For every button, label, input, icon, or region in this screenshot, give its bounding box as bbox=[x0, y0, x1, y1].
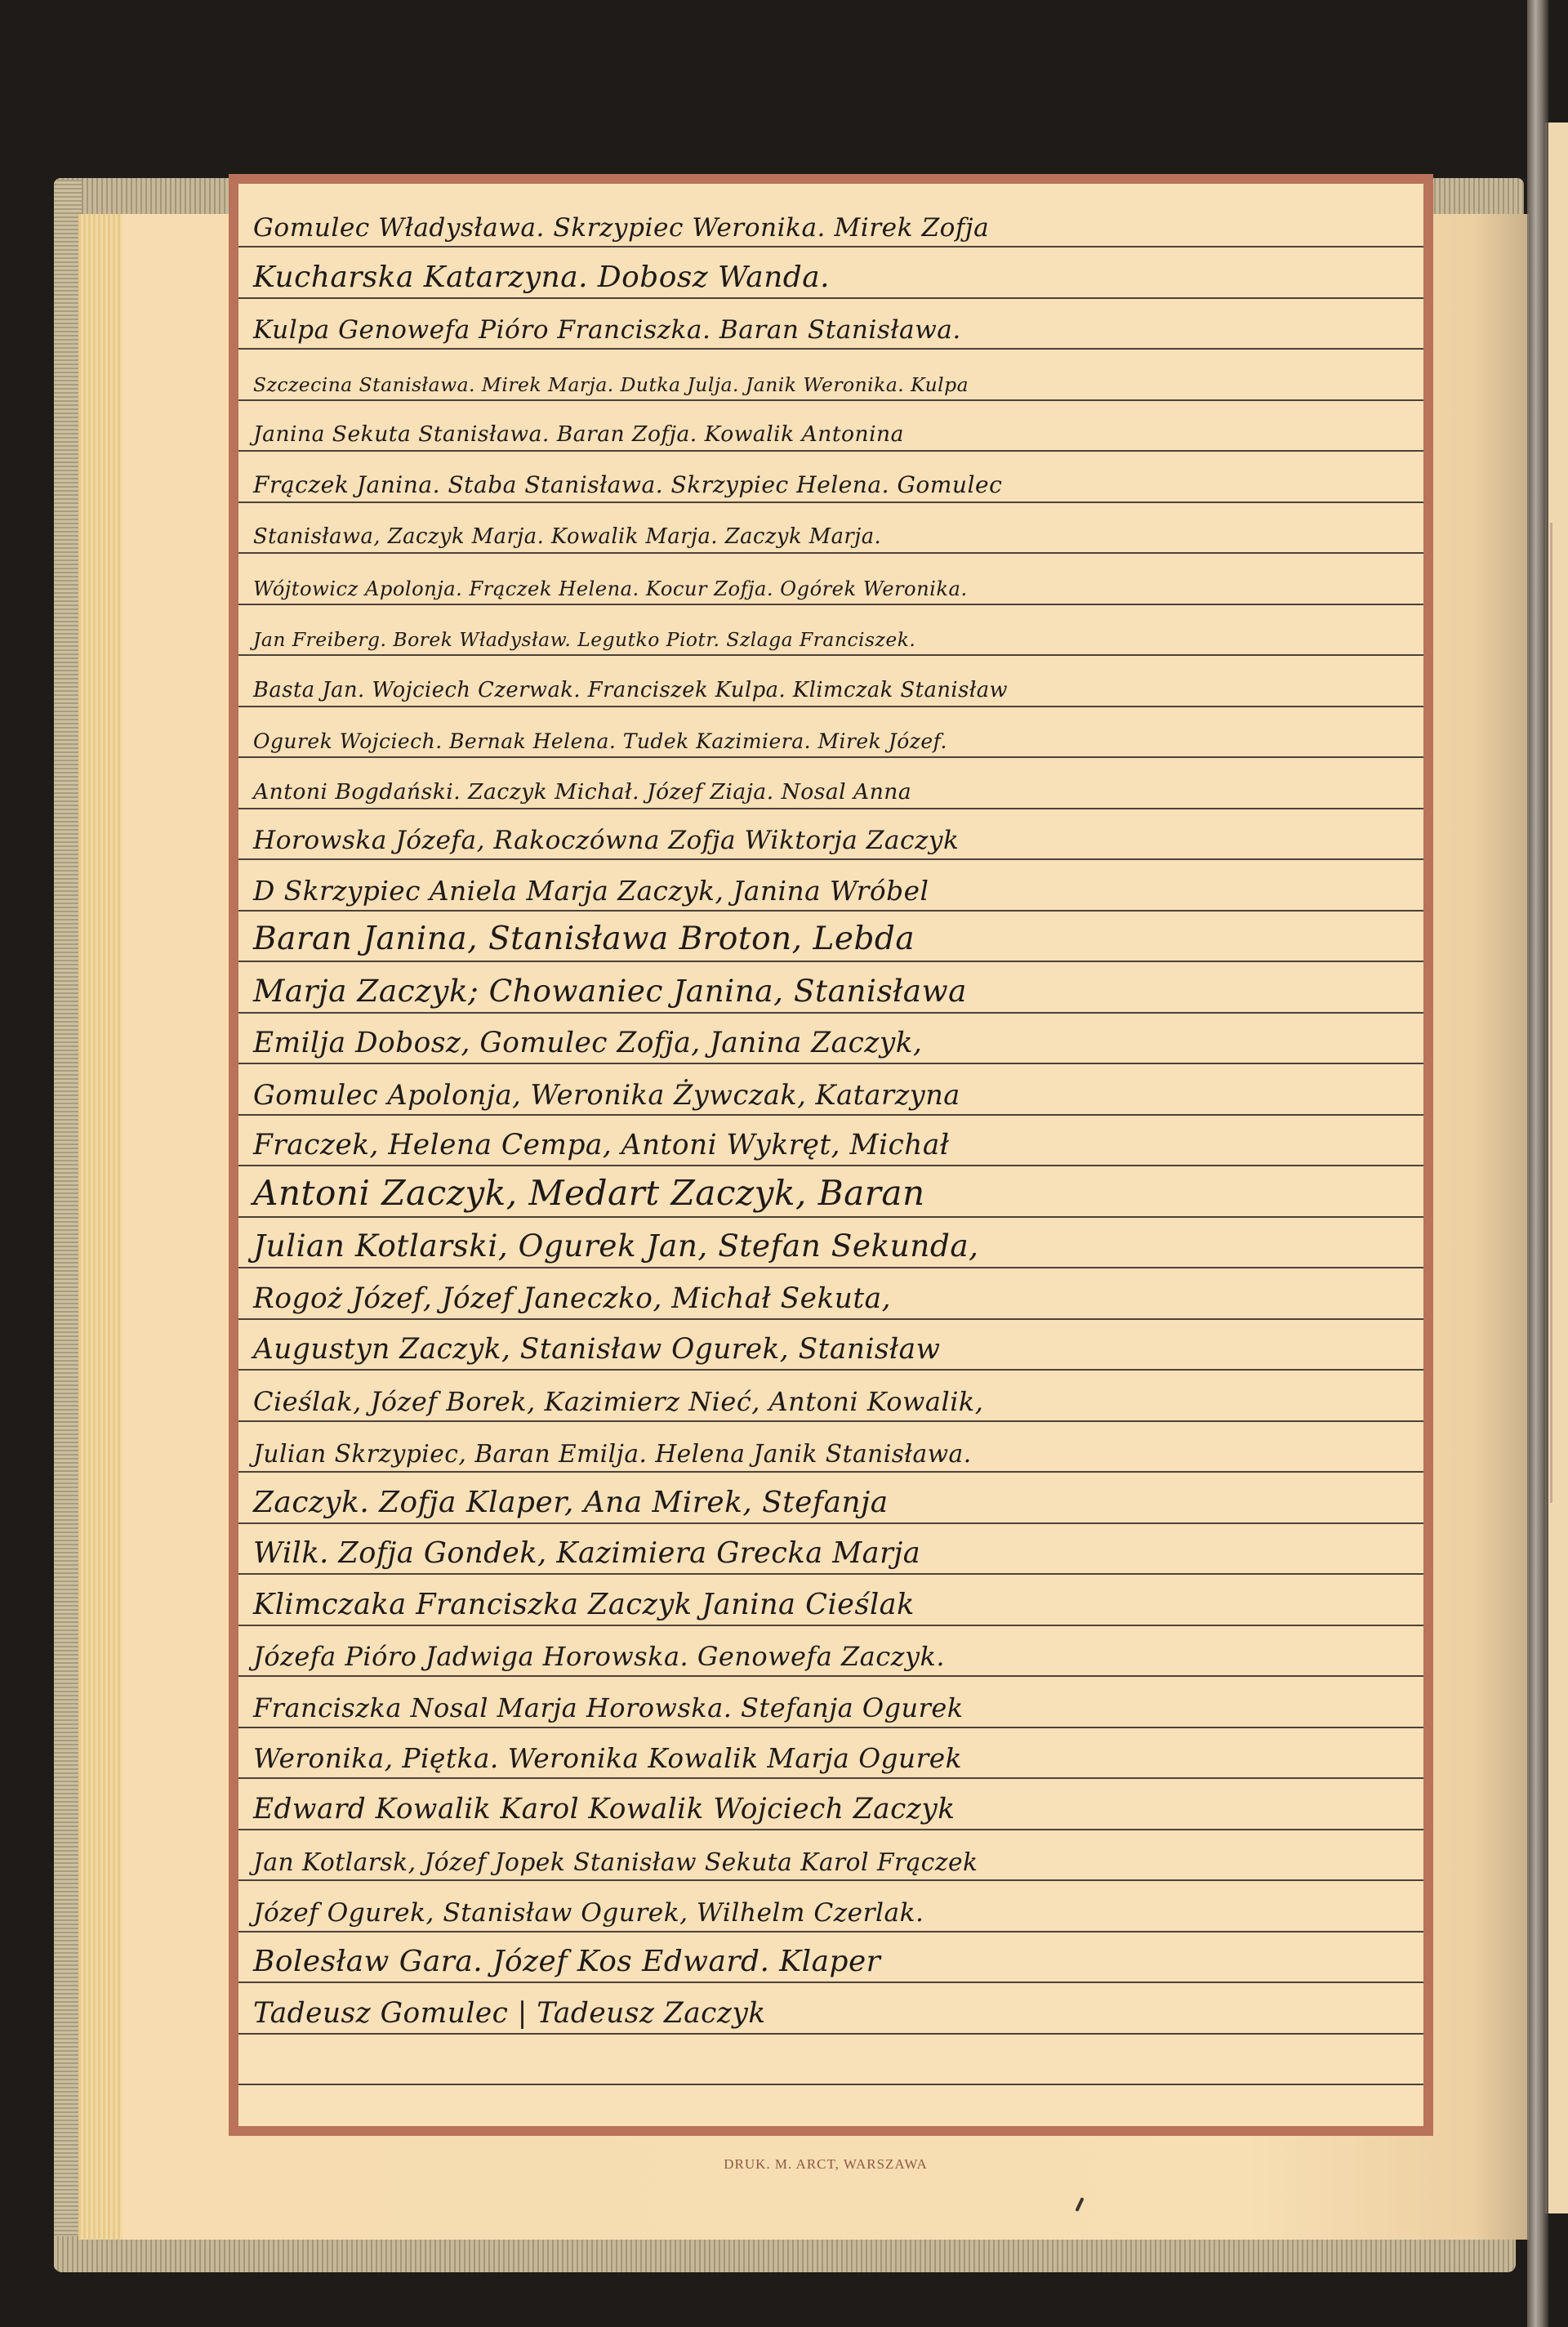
signature-line: Baran Janina, Stanisława Broton, Lebda bbox=[238, 910, 1423, 962]
signature-line: Gomulec Władysława. Skrzypiec Weronika. … bbox=[238, 195, 1423, 247]
signature-line: Basta Jan. Wojciech Czerwak. Franciszek … bbox=[238, 655, 1423, 707]
handwritten-names: Basta Jan. Wojciech Czerwak. Franciszek … bbox=[253, 678, 1008, 702]
handwritten-names: Julian Kotlarski, Ogurek Jan, Stefan Sek… bbox=[253, 1228, 979, 1264]
handwritten-names: D Skrzypiec Aniela Marja Zaczyk, Janina … bbox=[253, 876, 929, 907]
handwritten-names: Gomulec Apolonja, Weronika Żywczak, Kata… bbox=[253, 1079, 960, 1111]
handwritten-names: Horowska Józefa, Rakoczówna Zofja Wiktor… bbox=[253, 826, 959, 855]
page-edges bbox=[78, 214, 124, 2240]
handwritten-names: Zaczyk. Zofja Klaper, Ana Mirek, Stefanj… bbox=[253, 1486, 889, 1519]
handwritten-names: Bolesław Gara. Józef Kos Edward. Klaper bbox=[253, 1945, 880, 1978]
signature-line: Augustyn Zaczyk, Stanisław Ogurek, Stani… bbox=[238, 1318, 1423, 1371]
signature-line: Rogoż Józef, Józef Janeczko, Michał Seku… bbox=[238, 1268, 1423, 1320]
handwritten-names: Antoni Zaczyk, Medart Zaczyk, Baran bbox=[253, 1173, 925, 1213]
handwritten-names: Wójtowicz Apolonja. Frączek Helena. Kocu… bbox=[253, 577, 968, 600]
signature-line: Józefa Pióro Jadwiga Horowska. Genowefa … bbox=[238, 1625, 1423, 1677]
signature-line: Frączek Janina. Staba Stanisława. Skrzyp… bbox=[238, 451, 1423, 503]
handwritten-names: Wilk. Zofja Gondek, Kazimiera Grecka Mar… bbox=[253, 1536, 920, 1570]
handwritten-names: Emilja Dobosz, Gomulec Zofja, Janina Zac… bbox=[253, 1027, 922, 1059]
handwritten-names: Jan Freiberg. Borek Władysław. Legutko P… bbox=[253, 628, 915, 651]
signature-line: Julian Kotlarski, Ogurek Jan, Stefan Sek… bbox=[238, 1216, 1423, 1268]
handwritten-names: Kucharska Katarzyna. Dobosz Wanda. bbox=[253, 261, 830, 294]
handwritten-names: Franciszka Nosal Marja Horowska. Stefanj… bbox=[253, 1692, 964, 1723]
signature-line: Zaczyk. Zofja Klaper, Ana Mirek, Stefanj… bbox=[238, 1472, 1423, 1524]
signature-line: Szczecina Stanisława. Mirek Marja. Dutka… bbox=[238, 349, 1423, 401]
signature-line: Janina Sekuta Stanisława. Baran Zofja. K… bbox=[238, 399, 1423, 452]
printer-imprint: DRUK. M. ARCT, WARSZAWA bbox=[122, 2156, 1529, 2173]
book-binding-spine bbox=[54, 180, 82, 2271]
signature-line: Cieślak, Józef Borek, Kazimierz Nieć, An… bbox=[238, 1370, 1423, 1422]
signature-line: Kucharska Katarzyna. Dobosz Wanda. bbox=[238, 247, 1423, 299]
handwritten-names: Augustyn Zaczyk, Stanisław Ogurek, Stani… bbox=[253, 1333, 941, 1366]
signature-line: Marja Zaczyk; Chowaniec Janina, Stanisła… bbox=[238, 961, 1423, 1014]
adjacent-page-frame bbox=[1550, 523, 1568, 1503]
signature-line: Antoni Zaczyk, Medart Zaczyk, Baran bbox=[238, 1166, 1423, 1218]
handwritten-names: Weronika, Piętka. Weronika Kowalik Marja… bbox=[253, 1743, 962, 1774]
signature-line: Tadeusz Gomulec | Tadeusz Zaczyk bbox=[238, 1982, 1423, 2035]
handwritten-names: Janina Sekuta Stanisława. Baran Zofja. K… bbox=[253, 421, 904, 447]
book-binding-bottom bbox=[54, 2236, 1516, 2272]
handwritten-names: Jan Kotlarsk, Józef Jopek Stanisław Seku… bbox=[253, 1848, 978, 1876]
signature-line: Bolesław Gara. Józef Kos Edward. Klaper bbox=[238, 1931, 1423, 1983]
signature-line: Jan Kotlarsk, Józef Jopek Stanisław Seku… bbox=[238, 1829, 1423, 1881]
signature-line: Julian Skrzypiec, Baran Emilja. Helena J… bbox=[238, 1420, 1423, 1473]
signature-line: Emilja Dobosz, Gomulec Zofja, Janina Zac… bbox=[238, 1012, 1423, 1064]
signature-line: Wójtowicz Apolonja. Frączek Helena. Kocu… bbox=[238, 553, 1423, 605]
handwritten-names: Józefa Pióro Jadwiga Horowska. Genowefa … bbox=[253, 1641, 945, 1672]
page-gutter bbox=[1527, 0, 1548, 2327]
signature-line: Kulpa Genowefa Pióro Franciszka. Baran S… bbox=[238, 297, 1423, 350]
handwritten-names: Cieślak, Józef Borek, Kazimierz Nieć, An… bbox=[253, 1386, 983, 1417]
handwritten-names: Tadeusz Gomulec | Tadeusz Zaczyk bbox=[253, 1997, 766, 2030]
signature-line: Horowska Józefa, Rakoczówna Zofja Wiktor… bbox=[238, 808, 1423, 860]
signature-line: Antoni Bogdański. Zaczyk Michał. Józef Z… bbox=[238, 757, 1423, 809]
handwritten-names: Baran Janina, Stanisława Broton, Lebda bbox=[253, 921, 915, 957]
signature-line: Józef Ogurek, Stanisław Ogurek, Wilhelm … bbox=[238, 1880, 1423, 1932]
signature-line: Fraczek, Helena Cempa, Antoni Wykręt, Mi… bbox=[238, 1114, 1423, 1166]
signature-line: Franciszka Nosal Marja Horowska. Stefanj… bbox=[238, 1676, 1423, 1728]
signature-line: Gomulec Apolonja, Weronika Żywczak, Kata… bbox=[238, 1063, 1423, 1116]
signature-line: Weronika, Piętka. Weronika Kowalik Marja… bbox=[238, 1727, 1423, 1779]
handwritten-names: Frączek Janina. Staba Stanisława. Skrzyp… bbox=[253, 471, 1002, 498]
handwritten-names: Antoni Bogdański. Zaczyk Michał. Józef Z… bbox=[253, 779, 911, 805]
handwritten-names: Fraczek, Helena Cempa, Antoni Wykręt, Mi… bbox=[253, 1129, 950, 1161]
handwritten-names: Klimczaka Franciszka Zaczyk Janina Cieśl… bbox=[253, 1588, 915, 1621]
signature-line: Ogurek Wojciech. Bernak Helena. Tudek Ka… bbox=[238, 706, 1423, 758]
signature-line: Klimczaka Franciszka Zaczyk Janina Cieśl… bbox=[238, 1574, 1423, 1626]
signature-frame: Gomulec Władysława. Skrzypiec Weronika. … bbox=[229, 174, 1433, 2136]
signature-line: D Skrzypiec Aniela Marja Zaczyk, Janina … bbox=[238, 859, 1423, 912]
signature-line: Jan Freiberg. Borek Władysław. Legutko P… bbox=[238, 604, 1423, 656]
handwritten-names: Józef Ogurek, Stanisław Ogurek, Wilhelm … bbox=[253, 1898, 924, 1928]
handwritten-names: Szczecina Stanisława. Mirek Marja. Dutka… bbox=[253, 373, 969, 396]
handwritten-names: Kulpa Genowefa Pióro Franciszka. Baran S… bbox=[253, 315, 961, 345]
handwritten-names: Rogoż Józef, Józef Janeczko, Michał Seku… bbox=[253, 1282, 891, 1315]
handwritten-names: Stanisława, Zaczyk Marja. Kowalik Marja.… bbox=[253, 524, 881, 549]
signature-line: Edward Kowalik Karol Kowalik Wojciech Za… bbox=[238, 1778, 1423, 1830]
handwritten-names: Julian Skrzypiec, Baran Emilja. Helena J… bbox=[253, 1439, 972, 1468]
handwritten-names: Marja Zaczyk; Chowaniec Janina, Stanisła… bbox=[253, 973, 967, 1009]
signature-line bbox=[238, 2033, 1423, 2085]
signature-line: Stanisława, Zaczyk Marja. Kowalik Marja.… bbox=[238, 502, 1423, 554]
signature-line: Wilk. Zofja Gondek, Kazimiera Grecka Mar… bbox=[238, 1522, 1423, 1575]
handwritten-names: Edward Kowalik Karol Kowalik Wojciech Za… bbox=[253, 1793, 955, 1825]
handwritten-names: Gomulec Władysława. Skrzypiec Weronika. … bbox=[253, 213, 989, 243]
handwritten-names: Ogurek Wojciech. Bernak Helena. Tudek Ka… bbox=[253, 729, 947, 753]
